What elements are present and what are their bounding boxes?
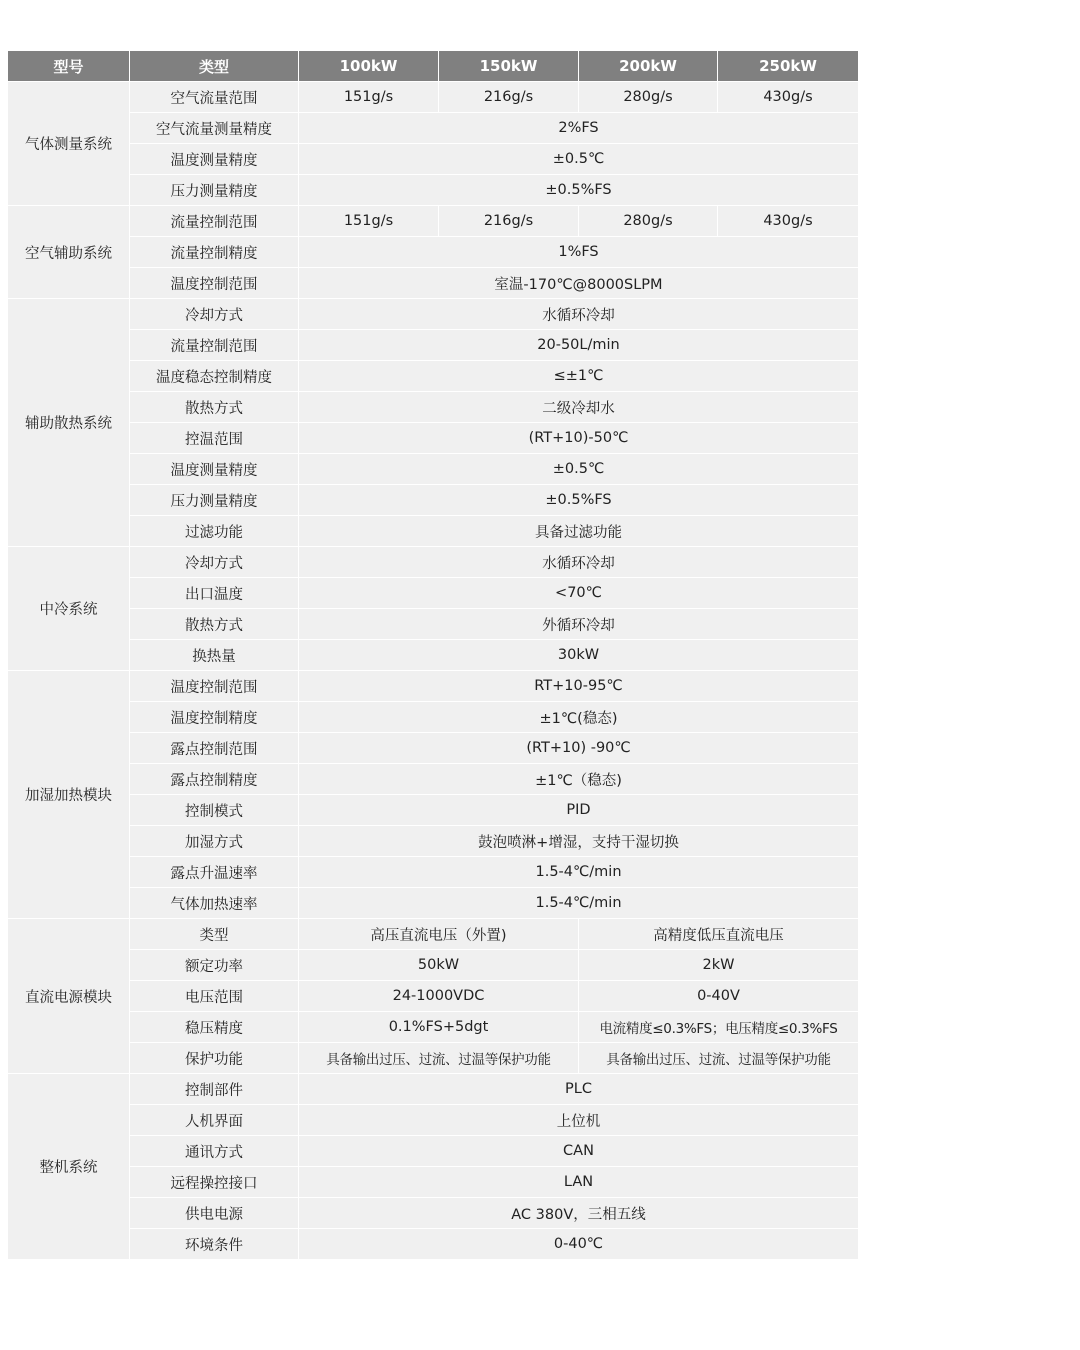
cell-value: ≤±1℃	[299, 361, 859, 392]
cell-value: 430g/s	[718, 82, 859, 113]
row-label: 流量控制范围	[130, 206, 299, 237]
table-row: 控温范围 (RT+10)-50℃	[8, 423, 859, 454]
cell-value: RT+10-95℃	[299, 671, 859, 702]
cell-value: ±1℃（稳态)	[299, 764, 859, 795]
table-row: 人机界面 上位机	[8, 1105, 859, 1136]
cell-value: 外循环冷却	[299, 609, 859, 640]
row-label: 电压范围	[130, 981, 299, 1012]
row-label: 温度控制范围	[130, 268, 299, 299]
cell-value: (RT+10) -90℃	[299, 733, 859, 764]
cell-value: 1.5-4℃/min	[299, 888, 859, 919]
row-label: 压力测量精度	[130, 175, 299, 206]
row-label: 过滤功能	[130, 516, 299, 547]
group-intercooler: 中冷系统	[8, 547, 130, 671]
table-row: 露点控制范围 (RT+10) -90℃	[8, 733, 859, 764]
group-air-aux: 空气辅助系统	[8, 206, 130, 299]
table-row: 温度测量精度 ±0.5℃	[8, 454, 859, 485]
header-model: 型号	[8, 51, 130, 82]
row-label: 冷却方式	[130, 299, 299, 330]
cell-value: 二级冷却水	[299, 392, 859, 423]
cell-value: (RT+10)-50℃	[299, 423, 859, 454]
cell-value: 2kW	[579, 950, 859, 981]
cell-value: 上位机	[299, 1105, 859, 1136]
row-label: 供电电源	[130, 1198, 299, 1229]
table-row: 空气辅助系统 流量控制范围 151g/s 216g/s 280g/s 430g/…	[8, 206, 859, 237]
row-label: 出口温度	[130, 578, 299, 609]
table-row: 环境条件 0-40℃	[8, 1229, 859, 1260]
table-row: 加湿加热模块 温度控制范围 RT+10-95℃	[8, 671, 859, 702]
row-label: 温度测量精度	[130, 454, 299, 485]
cell-value: 216g/s	[439, 206, 579, 237]
group-gas-measure: 气体测量系统	[8, 82, 130, 206]
cell-value: ±0.5℃	[299, 454, 859, 485]
row-label: 类型	[130, 919, 299, 950]
row-label: 人机界面	[130, 1105, 299, 1136]
cell-value: PLC	[299, 1074, 859, 1105]
table-row: 电压范围 24-1000VDC 0-40V	[8, 981, 859, 1012]
row-label: 温度稳态控制精度	[130, 361, 299, 392]
row-label: 稳压精度	[130, 1012, 299, 1043]
cell-value: ±0.5%FS	[299, 485, 859, 516]
cell-value: 高压直流电压（外置)	[299, 919, 579, 950]
table-row: 整机系统 控制部件 PLC	[8, 1074, 859, 1105]
cell-value: 20-50L/min	[299, 330, 859, 361]
cell-value: 430g/s	[718, 206, 859, 237]
cell-value: PID	[299, 795, 859, 826]
cell-value: 1.5-4℃/min	[299, 857, 859, 888]
row-label: 控温范围	[130, 423, 299, 454]
row-label: 换热量	[130, 640, 299, 671]
table-row: 温度稳态控制精度 ≤±1℃	[8, 361, 859, 392]
table-row: 压力测量精度 ±0.5%FS	[8, 485, 859, 516]
table-row: 额定功率 50kW 2kW	[8, 950, 859, 981]
table-row: 供电电源 AC 380V，三相五线	[8, 1198, 859, 1229]
table-row: 辅助散热系统 冷却方式 水循环冷却	[8, 299, 859, 330]
table-row: 保护功能 具备输出过压、过流、过温等保护功能 具备输出过压、过流、过温等保护功能	[8, 1043, 859, 1074]
row-label: 控制模式	[130, 795, 299, 826]
cell-value: 0-40℃	[299, 1229, 859, 1260]
group-whole-system: 整机系统	[8, 1074, 130, 1260]
row-label: 散热方式	[130, 392, 299, 423]
table-row: 稳压精度 0.1%FS+5dgt 电流精度≤0.3%FS；电压精度≤0.3%FS	[8, 1012, 859, 1043]
header-150kw: 150kW	[439, 51, 579, 82]
row-label: 温度控制精度	[130, 702, 299, 733]
row-label: 环境条件	[130, 1229, 299, 1260]
header-type: 类型	[130, 51, 299, 82]
table-row: 散热方式 二级冷却水	[8, 392, 859, 423]
row-label: 压力测量精度	[130, 485, 299, 516]
table-row: 换热量 30kW	[8, 640, 859, 671]
cell-value: 151g/s	[299, 82, 439, 113]
row-label: 露点升温速率	[130, 857, 299, 888]
table-row: 气体加热速率 1.5-4℃/min	[8, 888, 859, 919]
header-100kw: 100kW	[299, 51, 439, 82]
cell-value: 2%FS	[299, 113, 859, 144]
table-row: 直流电源模块 类型 高压直流电压（外置) 高精度低压直流电压	[8, 919, 859, 950]
row-label: 通讯方式	[130, 1136, 299, 1167]
table-row: 温度控制范围 室温-170℃@8000SLPM	[8, 268, 859, 299]
cell-value: 0-40V	[579, 981, 859, 1012]
cell-value: 30kW	[299, 640, 859, 671]
row-label: 露点控制精度	[130, 764, 299, 795]
table-row: 露点控制精度 ±1℃（稳态)	[8, 764, 859, 795]
table-row: 气体测量系统 空气流量范围 151g/s 216g/s 280g/s 430g/…	[8, 82, 859, 113]
group-humidify-heat: 加湿加热模块	[8, 671, 130, 919]
row-label: 额定功率	[130, 950, 299, 981]
row-label: 空气流量范围	[130, 82, 299, 113]
header-row: 型号 类型 100kW 150kW 200kW 250kW	[8, 51, 859, 82]
cell-value: 216g/s	[439, 82, 579, 113]
table-row: 加湿方式 鼓泡喷淋+增湿，支持干湿切换	[8, 826, 859, 857]
table-row: 控制模式 PID	[8, 795, 859, 826]
cell-value: 280g/s	[579, 206, 718, 237]
group-dc-power: 直流电源模块	[8, 919, 130, 1074]
cell-value: ±1℃(稳态)	[299, 702, 859, 733]
cell-value: 室温-170℃@8000SLPM	[299, 268, 859, 299]
cell-value: 水循环冷却	[299, 547, 859, 578]
row-label: 保护功能	[130, 1043, 299, 1074]
row-label: 温度控制范围	[130, 671, 299, 702]
row-label: 空气流量测量精度	[130, 113, 299, 144]
table-row: 过滤功能 具备过滤功能	[8, 516, 859, 547]
cell-value: 具备输出过压、过流、过温等保护功能	[299, 1043, 579, 1074]
table-row: 露点升温速率 1.5-4℃/min	[8, 857, 859, 888]
row-label: 加湿方式	[130, 826, 299, 857]
row-label: 气体加热速率	[130, 888, 299, 919]
cell-value: LAN	[299, 1167, 859, 1198]
row-label: 流量控制精度	[130, 237, 299, 268]
row-label: 露点控制范围	[130, 733, 299, 764]
table-row: 流量控制精度 1%FS	[8, 237, 859, 268]
row-label: 散热方式	[130, 609, 299, 640]
header-200kw: 200kW	[579, 51, 718, 82]
cell-value: 280g/s	[579, 82, 718, 113]
table-row: 温度测量精度 ±0.5℃	[8, 144, 859, 175]
table-row: 空气流量测量精度 2%FS	[8, 113, 859, 144]
table-row: 流量控制范围 20-50L/min	[8, 330, 859, 361]
cell-value: ±0.5%FS	[299, 175, 859, 206]
spec-table: 型号 类型 100kW 150kW 200kW 250kW 气体测量系统 空气流…	[7, 50, 859, 1260]
table-row: 压力测量精度 ±0.5%FS	[8, 175, 859, 206]
cell-value: 具备过滤功能	[299, 516, 859, 547]
table-row: 温度控制精度 ±1℃(稳态)	[8, 702, 859, 733]
row-label: 温度测量精度	[130, 144, 299, 175]
cell-value: 水循环冷却	[299, 299, 859, 330]
row-label: 控制部件	[130, 1074, 299, 1105]
table-row: 远程操控接口 LAN	[8, 1167, 859, 1198]
cell-value: 具备输出过压、过流、过温等保护功能	[579, 1043, 859, 1074]
cell-value: 151g/s	[299, 206, 439, 237]
cell-value: 高精度低压直流电压	[579, 919, 859, 950]
cell-value: 鼓泡喷淋+增湿，支持干湿切换	[299, 826, 859, 857]
table-row: 散热方式 外循环冷却	[8, 609, 859, 640]
cell-value: 电流精度≤0.3%FS；电压精度≤0.3%FS	[579, 1012, 859, 1043]
cell-value: 0.1%FS+5dgt	[299, 1012, 579, 1043]
row-label: 流量控制范围	[130, 330, 299, 361]
cell-value: AC 380V，三相五线	[299, 1198, 859, 1229]
cell-value: 1%FS	[299, 237, 859, 268]
table-header: 型号 类型 100kW 150kW 200kW 250kW	[8, 51, 859, 82]
table-row: 中冷系统 冷却方式 水循环冷却	[8, 547, 859, 578]
cell-value: 24-1000VDC	[299, 981, 579, 1012]
cell-value: CAN	[299, 1136, 859, 1167]
cell-value: <70℃	[299, 578, 859, 609]
row-label: 冷却方式	[130, 547, 299, 578]
table-body: 气体测量系统 空气流量范围 151g/s 216g/s 280g/s 430g/…	[8, 82, 859, 1260]
table-row: 通讯方式 CAN	[8, 1136, 859, 1167]
cell-value: 50kW	[299, 950, 579, 981]
cell-value: ±0.5℃	[299, 144, 859, 175]
header-250kw: 250kW	[718, 51, 859, 82]
row-label: 远程操控接口	[130, 1167, 299, 1198]
table-row: 出口温度 <70℃	[8, 578, 859, 609]
group-aux-cooling: 辅助散热系统	[8, 299, 130, 547]
